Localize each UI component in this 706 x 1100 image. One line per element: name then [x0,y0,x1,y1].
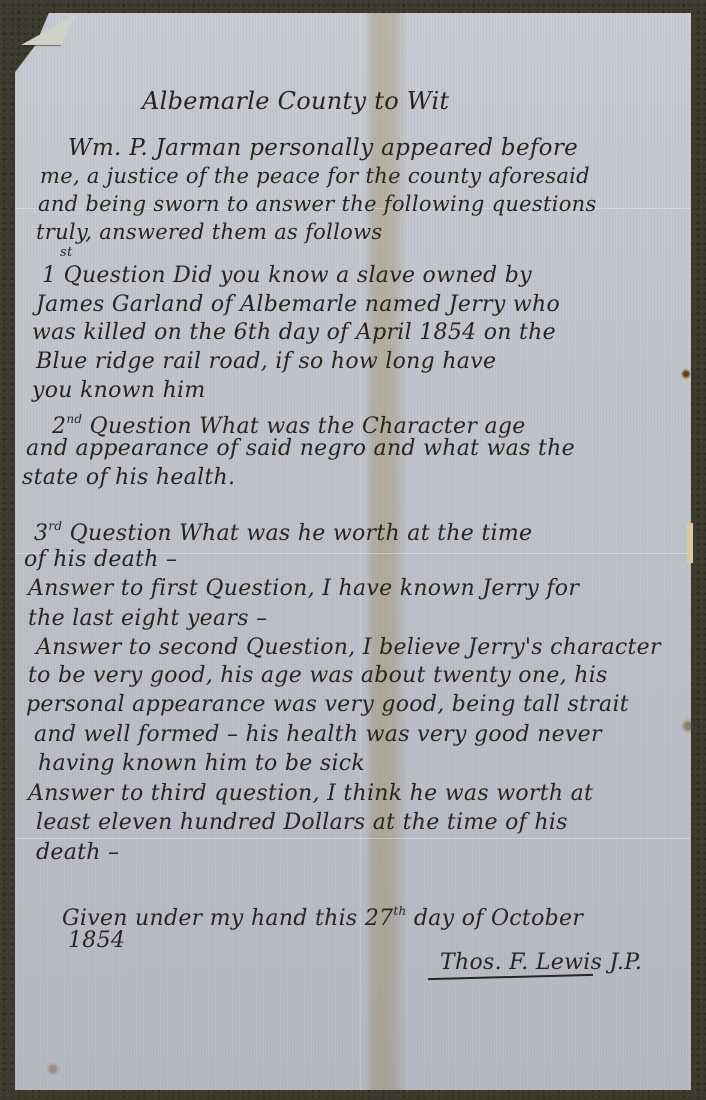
closing-year: 1854 [68,928,125,954]
question-1-line: James Garland of Albemarle named Jerry w… [36,292,560,318]
question-3-line: of his death – [24,547,177,573]
answer-2-line: having known him to be sick [38,751,365,777]
intro-line: truly, answered them as follows [36,219,382,245]
answer-2-line: Answer to second Question, I believe Jer… [36,635,661,661]
question-1: 1 Question Did you know a slave owned by [42,263,532,289]
question-3-number: 3 [34,521,48,546]
question-1-line: you known him [32,378,206,404]
answer-2-line: personal appearance was very good, being… [26,692,629,718]
closing-rest: day of October [407,906,584,931]
answer-3-line: death – [36,840,119,866]
question-1-line: was killed on the 6th day of April 1854 … [32,320,556,346]
closing-day-suffix: th [393,904,406,918]
intro-line: and being sworn to answer the following … [38,191,597,217]
question-2: 2nd Question What was the Character age [52,406,526,440]
question-2-line: state of his health. [22,465,235,491]
question-2-suffix: nd [66,412,82,426]
answer-2-line: and well formed – his health was very go… [34,722,602,748]
question-3-suffix: rd [48,519,62,533]
signature: Thos. F. Lewis J.P. [440,950,642,976]
intro-line: me, a justice of the peace for the count… [40,163,590,189]
question-1-line: Blue ridge rail road, if so how long hav… [36,349,496,375]
answer-1-line: Answer to first Question, I have known J… [28,576,579,602]
document-heading: Albemarle County to Wit [142,88,449,114]
answer-1-line: the last eight years – [28,606,267,632]
question-1-number: 1 [42,263,56,288]
question-3: 3rd Question What was he worth at the ti… [34,513,532,547]
question-2-line: and appearance of said negro and what wa… [26,436,575,462]
signature-name: Thos. F. Lewis [440,950,602,975]
handwritten-text: Albemarle County to Wit Wm. P. Jarman pe… [0,0,706,1100]
answer-2-line: to be very good, his age was about twent… [28,663,608,689]
question-3-line: Question What was he worth at the time [70,521,533,546]
intro-line: Wm. P. Jarman personally appeared before [68,135,578,161]
closing-line: Given under my hand this 27th day of Oct… [62,898,583,932]
question-1-line: Question Did you know a slave owned by [64,263,532,288]
answer-3-line: least eleven hundred Dollars at the time… [36,810,568,836]
signature-title: J.P. [609,950,642,975]
answer-3-line: Answer to third question, I think he was… [28,781,593,807]
